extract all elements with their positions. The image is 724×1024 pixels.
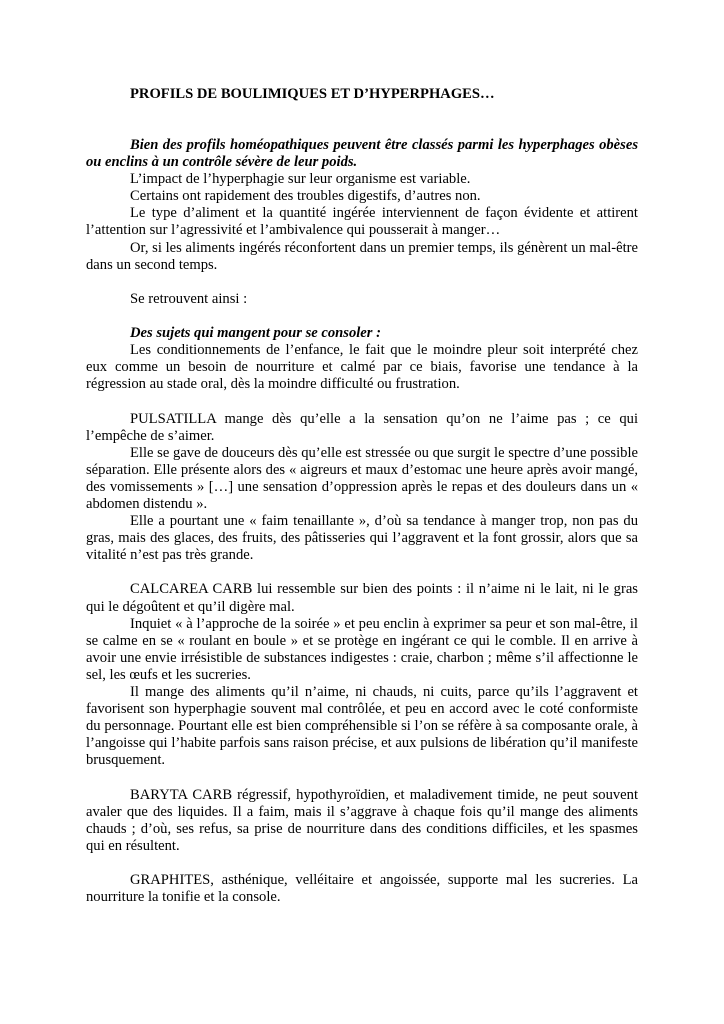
intro-paragraph: Certains ont rapidement des troubles dig… bbox=[86, 188, 638, 205]
spacer bbox=[86, 855, 638, 872]
document-page: PROFILS DE BOULIMIQUES ET D’HYPERPHAGES…… bbox=[86, 86, 638, 906]
profile-calcarea-carb: CALCAREA CARB lui ressemble sur bien des… bbox=[86, 581, 638, 769]
intro-section: Bien des profils homéopathiques peuvent … bbox=[86, 137, 638, 274]
spacer bbox=[86, 103, 638, 137]
profile-graphites: GRAPHITES, asthénique, velléitaire et an… bbox=[86, 872, 638, 906]
spacer bbox=[86, 769, 638, 786]
intro-lead: Bien des profils homéopathiques peuvent … bbox=[86, 137, 638, 171]
consolation-section: Des sujets qui mangent pour se consoler … bbox=[86, 325, 638, 393]
profile-paragraph: Elle se gave de douceurs dès qu’elle est… bbox=[86, 445, 638, 513]
profile-baryta-carb: BARYTA CARB régressif, hypothyroïdien, e… bbox=[86, 787, 638, 855]
profile-paragraph: PULSATILLA mange dès qu’elle a la sensat… bbox=[86, 411, 638, 445]
transition-text: Se retrouvent ainsi : bbox=[86, 291, 638, 308]
intro-paragraph: L’impact de l’hyperphagie sur leur organ… bbox=[86, 171, 638, 188]
spacer bbox=[86, 564, 638, 581]
profile-pulsatilla: PULSATILLA mange dès qu’elle a la sensat… bbox=[86, 411, 638, 565]
spacer bbox=[86, 308, 638, 325]
profile-paragraph: BARYTA CARB régressif, hypothyroïdien, e… bbox=[86, 787, 638, 855]
profile-paragraph: Il mange des aliments qu’il n’aime, ni c… bbox=[86, 684, 638, 769]
intro-paragraph: Le type d’aliment et la quantité ingérée… bbox=[86, 205, 638, 239]
document-title: PROFILS DE BOULIMIQUES ET D’HYPERPHAGES… bbox=[130, 86, 638, 103]
profile-paragraph: CALCAREA CARB lui ressemble sur bien des… bbox=[86, 581, 638, 615]
section-heading: Des sujets qui mangent pour se consoler … bbox=[86, 325, 638, 342]
profile-paragraph: Inquiet « à l’approche de la soirée » et… bbox=[86, 616, 638, 684]
profile-paragraph: GRAPHITES, asthénique, velléitaire et an… bbox=[86, 872, 638, 906]
intro-paragraph: Or, si les aliments ingérés réconfortent… bbox=[86, 240, 638, 274]
section-paragraph: Les conditionnements de l’enfance, le fa… bbox=[86, 342, 638, 393]
spacer bbox=[86, 393, 638, 410]
profile-paragraph: Elle a pourtant une « faim tenaillante »… bbox=[86, 513, 638, 564]
spacer bbox=[86, 274, 638, 291]
